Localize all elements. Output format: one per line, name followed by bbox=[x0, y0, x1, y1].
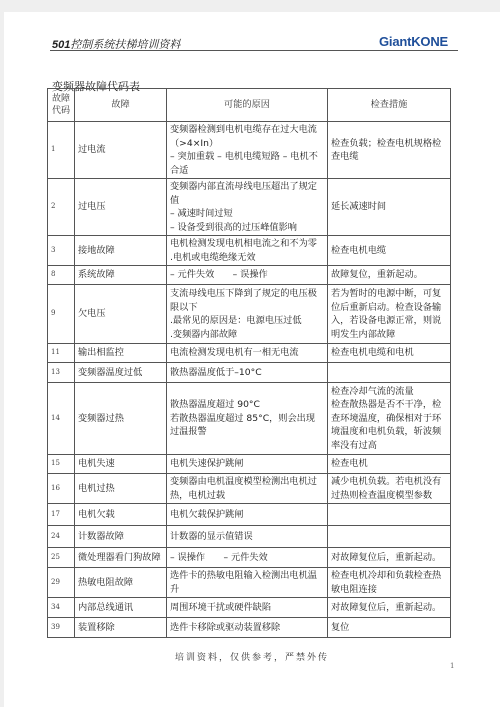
fault-name-cell: 过电压 bbox=[75, 179, 167, 236]
action-cell: 若为暂时的电源中断，可复位后重新启动。检查设备输入，若设备电源正常，则说明发生内… bbox=[328, 285, 451, 344]
cause-cell: 变频器检测到电机电缆存在过大电流（>4×In）– 突加重载 – 电机电缆短路 –… bbox=[167, 122, 328, 179]
table-row: 11输出相监控电流检测发现电机有一相无电流检查电机电缆和电机 bbox=[48, 344, 451, 363]
action-cell: 检查电机冷却和负载检查热敏电阻连接 bbox=[328, 568, 451, 598]
fault-name-cell: 内部总线通讯 bbox=[75, 598, 167, 618]
cause-line: – 设备受到很高的过压峰值影响 bbox=[170, 221, 324, 235]
action-cell bbox=[328, 504, 451, 526]
fault-name-cell: 装置移除 bbox=[75, 618, 167, 638]
cause-line: 散热器温度超过 90°C bbox=[170, 398, 324, 412]
page-number: 1 bbox=[450, 662, 454, 670]
action-line: 对故障复位后，重新起动。 bbox=[331, 551, 447, 565]
fault-name-cell: 变频器过热 bbox=[75, 383, 167, 455]
cause-line: 电机欠载保护跳闸 bbox=[170, 508, 324, 522]
action-cell: 故障复位，重新起动。 bbox=[328, 266, 451, 285]
cause-line: 变频器检测到电机电缆存在过大电流（>4×In） bbox=[170, 123, 324, 150]
table-row: 15电机失速电机失速保护跳闸检查电机 bbox=[48, 455, 451, 474]
column-header-code: 故障代码 bbox=[48, 89, 75, 122]
action-cell bbox=[328, 363, 451, 383]
cause-line: 周围环境干扰或硬件缺陷 bbox=[170, 601, 324, 615]
cause-line: 散热器温度低于–10°C bbox=[170, 366, 324, 380]
cause-line: .变频器内部故障 bbox=[170, 328, 324, 342]
fault-code-cell: 17 bbox=[48, 504, 75, 526]
action-cell: 对故障复位后，重新起动。 bbox=[328, 548, 451, 568]
table-row: 34内部总线通讯周围环境干扰或硬件缺陷对故障复位后，重新起动。 bbox=[48, 598, 451, 618]
fault-code-cell: 34 bbox=[48, 598, 75, 618]
cause-cell: 电机欠载保护跳闸 bbox=[167, 504, 328, 526]
action-cell: 检查电机 bbox=[328, 455, 451, 474]
table-row: 39装置移除选件卡移除或驱动装置移除复位 bbox=[48, 618, 451, 638]
fault-code-table: 故障代码 故障 可能的原因 检查措施 1过电流变频器检测到电机电缆存在过大电流（… bbox=[47, 88, 451, 638]
table-body: 1过电流变频器检测到电机电缆存在过大电流（>4×In）– 突加重载 – 电机电缆… bbox=[48, 122, 451, 638]
fault-code-cell: 3 bbox=[48, 236, 75, 266]
fault-code-cell: 29 bbox=[48, 568, 75, 598]
column-header-cause: 可能的原因 bbox=[167, 89, 328, 122]
action-line: 检查负载；检查电机规格检查电缆 bbox=[331, 137, 447, 164]
table-row: 29热敏电阻故障选件卡的热敏电阻输入检测出电机温升检查电机冷却和负载检查热敏电阻… bbox=[48, 568, 451, 598]
action-cell: 检查负载；检查电机规格检查电缆 bbox=[328, 122, 451, 179]
action-cell: 检查电机电缆 bbox=[328, 236, 451, 266]
action-cell: 复位 bbox=[328, 618, 451, 638]
fault-code-cell: 9 bbox=[48, 285, 75, 344]
cause-cell: 电机检测发现电机相电流之和不为零.电机或电缆绝缘无效 bbox=[167, 236, 328, 266]
brand-logo: GiantKONE bbox=[379, 34, 448, 49]
cause-cell: 选件卡的热敏电阻输入检测出电机温升 bbox=[167, 568, 328, 598]
table-row: 16电机过热变频器由电机温度模型检测出电机过热，电机过载减少电机负载。若电机没有… bbox=[48, 474, 451, 504]
cause-line: – 误操作 – 元件失效 bbox=[170, 551, 324, 565]
action-cell: 检查冷却气流的流量检查散热器是否不干净，检查环境温度，确保相对于环境温度和电机负… bbox=[328, 383, 451, 455]
cause-line: 电流检测发现电机有一相无电流 bbox=[170, 346, 324, 360]
fault-name-cell: 电机过热 bbox=[75, 474, 167, 504]
fault-code-cell: 39 bbox=[48, 618, 75, 638]
cause-line: 电机检测发现电机相电流之和不为零 bbox=[170, 237, 324, 251]
action-line: 检查电机冷却和负载检查热敏电阻连接 bbox=[331, 569, 447, 596]
table-row: 24计数器故障计数器的显示值错误 bbox=[48, 526, 451, 548]
action-line: 若为暂时的电源中断，可复位后重新启动。检查设备输入，若设备电源正常，则说明发生内… bbox=[331, 287, 447, 341]
cause-cell: 电流检测发现电机有一相无电流 bbox=[167, 344, 328, 363]
fault-name-cell: 电机失速 bbox=[75, 455, 167, 474]
cause-cell: 散热器温度低于–10°C bbox=[167, 363, 328, 383]
table-row: 17电机欠载电机欠载保护跳闸 bbox=[48, 504, 451, 526]
cause-cell: 选件卡移除或驱动装置移除 bbox=[167, 618, 328, 638]
cause-line: .最常见的原因是：电源电压过低 bbox=[170, 314, 324, 328]
fault-name-cell: 微处理器看门狗故障 bbox=[75, 548, 167, 568]
column-header-fault: 故障 bbox=[75, 89, 167, 122]
cause-cell: – 元件失效 – 误操作 bbox=[167, 266, 328, 285]
column-header-action: 检查措施 bbox=[328, 89, 451, 122]
cause-line: .电机或电缆绝缘无效 bbox=[170, 251, 324, 265]
cause-cell: 计数器的显示值错误 bbox=[167, 526, 328, 548]
fault-name-cell: 热敏电阻故障 bbox=[75, 568, 167, 598]
cause-line: 变频器内部直流母线电压超出了规定值 bbox=[170, 180, 324, 207]
action-cell: 减少电机负载。若电机没有过热则检查温度模型参数 bbox=[328, 474, 451, 504]
table-row: 13变频器温度过低散热器温度低于–10°C bbox=[48, 363, 451, 383]
action-line: 对故障复位后，重新起动。 bbox=[331, 601, 447, 615]
cause-line: – 元件失效 – 误操作 bbox=[170, 268, 324, 282]
table-header-row: 故障代码 故障 可能的原因 检查措施 bbox=[48, 89, 451, 122]
cause-cell: 散热器温度超过 90°C若散热器温度超过 85°C，则会出现过温报警 bbox=[167, 383, 328, 455]
action-cell: 检查电机电缆和电机 bbox=[328, 344, 451, 363]
cause-cell: 支流母线电压下降到了规定的电压极限以下.最常见的原因是：电源电压过低.变频器内部… bbox=[167, 285, 328, 344]
cause-cell: 变频器由电机温度模型检测出电机过热，电机过载 bbox=[167, 474, 328, 504]
fault-name-cell: 过电流 bbox=[75, 122, 167, 179]
cause-cell: – 误操作 – 元件失效 bbox=[167, 548, 328, 568]
action-line: 复位 bbox=[331, 621, 447, 635]
action-line: 检查电机电缆和电机 bbox=[331, 346, 447, 360]
fault-code-cell: 25 bbox=[48, 548, 75, 568]
action-cell: 对故障复位后，重新起动。 bbox=[328, 598, 451, 618]
fault-name-cell: 电机欠载 bbox=[75, 504, 167, 526]
fault-code-cell: 1 bbox=[48, 122, 75, 179]
document-page: 501控制系统扶梯培训资料 GiantKONE 变频器故障代码表 故障代码 故障… bbox=[4, 12, 500, 707]
fault-code-cell: 14 bbox=[48, 383, 75, 455]
table-row: 1过电流变频器检测到电机电缆存在过大电流（>4×In）– 突加重载 – 电机电缆… bbox=[48, 122, 451, 179]
fault-code-cell: 8 bbox=[48, 266, 75, 285]
fault-name-cell: 系统故障 bbox=[75, 266, 167, 285]
fault-name-cell: 接地故障 bbox=[75, 236, 167, 266]
fault-code-cell: 2 bbox=[48, 179, 75, 236]
action-line: 延长减速时间 bbox=[331, 200, 447, 214]
cause-line: 变频器由电机温度模型检测出电机过热，电机过载 bbox=[170, 475, 324, 502]
cause-line: 若散热器温度超过 85°C，则会出现过温报警 bbox=[170, 412, 324, 439]
fault-code-cell: 11 bbox=[48, 344, 75, 363]
fault-name-cell: 欠电压 bbox=[75, 285, 167, 344]
action-line: 检查电机 bbox=[331, 457, 447, 471]
header-divider bbox=[50, 50, 458, 51]
table-row: 25微处理器看门狗故障– 误操作 – 元件失效对故障复位后，重新起动。 bbox=[48, 548, 451, 568]
action-line: 检查冷却气流的流量 bbox=[331, 385, 447, 399]
cause-line: 选件卡的热敏电阻输入检测出电机温升 bbox=[170, 569, 324, 596]
cause-cell: 周围环境干扰或硬件缺陷 bbox=[167, 598, 328, 618]
cause-cell: 变频器内部直流母线电压超出了规定值– 减速时间过短– 设备受到很高的过压峰值影响 bbox=[167, 179, 328, 236]
fault-name-cell: 输出相监控 bbox=[75, 344, 167, 363]
action-cell bbox=[328, 526, 451, 548]
table-row: 8系统故障– 元件失效 – 误操作故障复位，重新起动。 bbox=[48, 266, 451, 285]
cause-line: 选件卡移除或驱动装置移除 bbox=[170, 621, 324, 635]
action-line: 检查散热器是否不干净，检查环境温度，确保相对于环境温度和电机负载，斩波频率没有过… bbox=[331, 398, 447, 452]
fault-code-cell: 24 bbox=[48, 526, 75, 548]
table-row: 14变频器过热散热器温度超过 90°C若散热器温度超过 85°C，则会出现过温报… bbox=[48, 383, 451, 455]
cause-line: – 突加重载 – 电机电缆短路 – 电机不合适 bbox=[170, 150, 324, 177]
table-row: 3接地故障电机检测发现电机相电流之和不为零.电机或电缆绝缘无效检查电机电缆 bbox=[48, 236, 451, 266]
footer-notice: 培训资料，仅供参考，严禁外传 bbox=[4, 650, 500, 663]
fault-name-cell: 变频器温度过低 bbox=[75, 363, 167, 383]
fault-name-cell: 计数器故障 bbox=[75, 526, 167, 548]
fault-code-cell: 13 bbox=[48, 363, 75, 383]
cause-cell: 电机失速保护跳闸 bbox=[167, 455, 328, 474]
fault-code-cell: 16 bbox=[48, 474, 75, 504]
cause-line: 计数器的显示值错误 bbox=[170, 530, 324, 544]
action-cell: 延长减速时间 bbox=[328, 179, 451, 236]
fault-code-cell: 15 bbox=[48, 455, 75, 474]
action-line: 减少电机负载。若电机没有过热则检查温度模型参数 bbox=[331, 475, 447, 502]
cause-line: 电机失速保护跳闸 bbox=[170, 457, 324, 471]
table-row: 9欠电压支流母线电压下降到了规定的电压极限以下.最常见的原因是：电源电压过低.变… bbox=[48, 285, 451, 344]
cause-line: 支流母线电压下降到了规定的电压极限以下 bbox=[170, 287, 324, 314]
action-line: 故障复位，重新起动。 bbox=[331, 268, 447, 282]
action-line: 检查电机电缆 bbox=[331, 244, 447, 258]
table-row: 2过电压变频器内部直流母线电压超出了规定值– 减速时间过短– 设备受到很高的过压… bbox=[48, 179, 451, 236]
cause-line: – 减速时间过短 bbox=[170, 207, 324, 221]
